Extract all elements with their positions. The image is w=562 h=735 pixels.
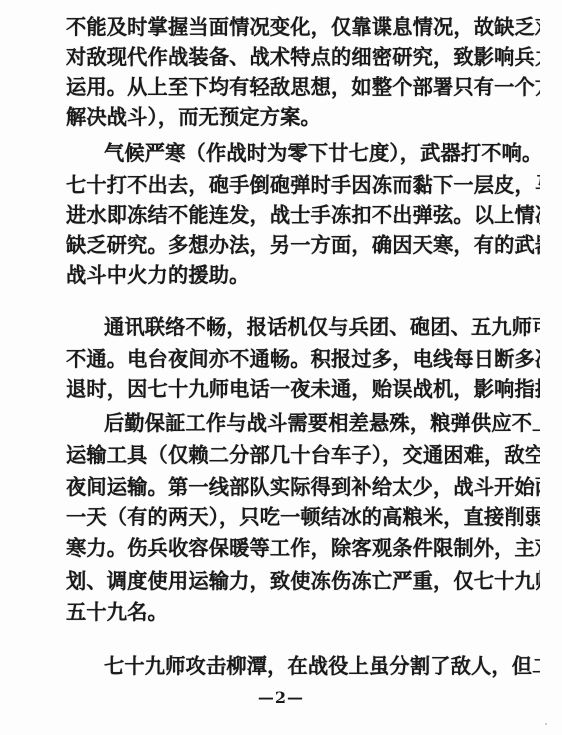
text-line: 退时，因七十九师电话一夜未通，贻误战机，影响指挥。 [66,377,540,401]
text-line: 划、调度使用运输力，致使冻伤冻亡严重，仅七十九师即达一千二百 [66,569,540,593]
text-line: 五十九名。 [66,600,540,624]
text-line: 运输工具（仅赖二分部几十台车子），交通困难，敌空军封锁，只能 [66,443,540,467]
paragraph-start-line: 七十九师攻击柳潭，在战役上虽分割了敌人，但二三六、二三七 [104,654,540,678]
text-line: 缺乏研究。多想办法，另一方面，确因天寒，有的武器不适用，影响 [66,233,540,257]
text-line: 七十打不出去，砲手倒砲弹时手因冻而黏下一层皮，马克辛重机枪灌 [66,173,540,197]
text-line: 寒力。伤兵收容保暖等工作，除客观条件限制外，主观上缺乏组织计 [66,536,540,560]
paragraph-start-line: 通讯联络不畅，报话机仅与兵团、砲团、五九师可通，且夜间均 [104,315,540,339]
page-number: —2— [0,688,562,707]
text-line: 运用。从上至下均有轻敌思想，如整个部署只有一个方案（要求一夜 [66,75,540,99]
scan-speck [258,548,260,550]
document-page: 不能及时掌握当面情况变化，仅靠谍息情况，故缺乏对敌情的正确分析及 对敌现代作战装… [0,0,562,735]
text-line: 战斗中火力的援助。 [66,263,540,287]
paragraph-start-line: 气候严寒（作战时为零下廿七度），武器打不响。迫击砲百分之 [104,141,540,165]
text-line: 不能及时掌握当面情况变化，仅靠谍息情况，故缺乏对敌情的正确分析及 [66,15,540,39]
scan-speck [545,723,547,725]
text-line: 一天（有的两天），只吃一顿结冰的高粮米，直接削弱战士体力和耐 [66,505,540,529]
text-line: 对敌现代作战装备、战术特点的细密研究，致影响兵力部署、战术的 [66,45,540,69]
text-line: 不通。电台夜间亦不通畅。积报过多，电线每日断多次。柳潭敌人溃 [66,347,540,371]
text-line: 进水即冻结不能连发，战士手冻扣不出弹弦。以上情况，一方面事先 [66,203,540,227]
text-line: 解决战斗），而无预定方案。 [66,105,540,129]
paragraph-start-line: 后勤保証工作与战斗需要相差悬殊，粮弹供应不上，主要是缺乏 [104,411,540,435]
text-line: 夜间运输。第一线部队实际得到补给太少，战斗开始两天，部队即饿 [66,475,540,499]
